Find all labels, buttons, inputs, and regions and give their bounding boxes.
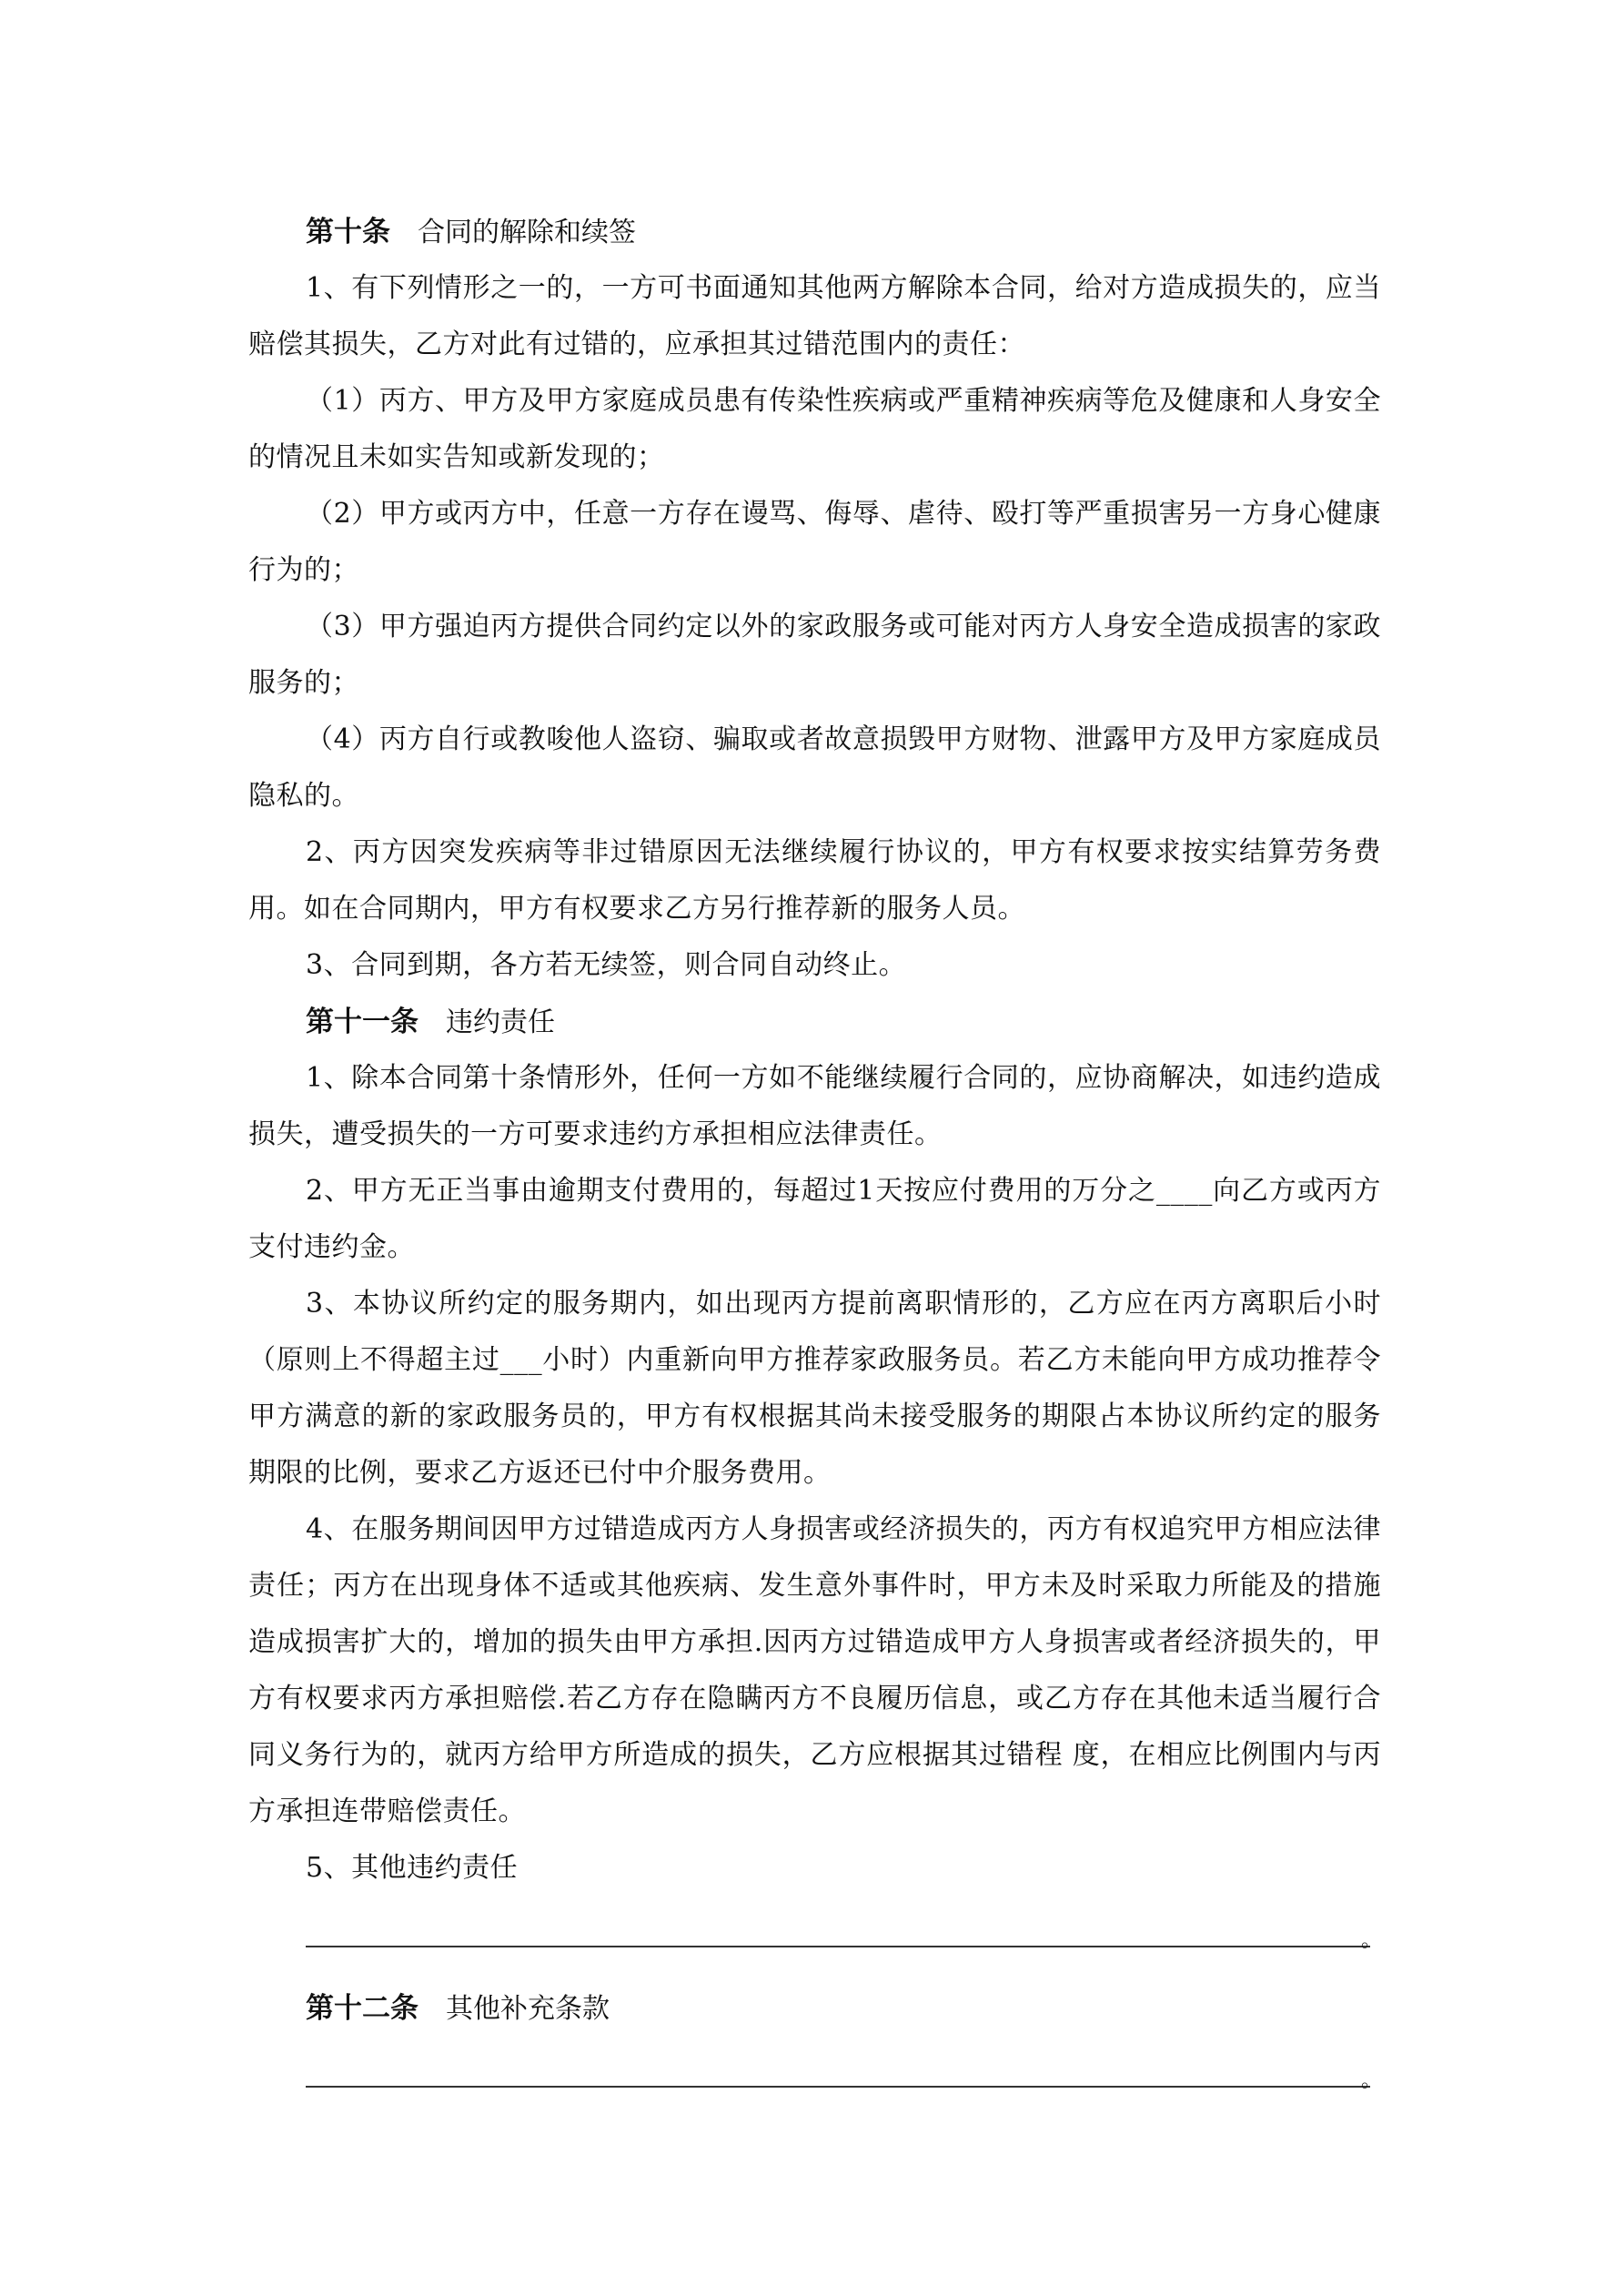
- article-number: 第十一条: [306, 1006, 419, 1038]
- clause-11-5: 5、其他违约责任: [248, 1840, 1381, 1896]
- clause-10-1: 1、有下列情形之一的，一方可书面通知其他两方解除本合同，给对方造成损失的，应当赔…: [248, 260, 1381, 373]
- clause-11-3: 3、本协议所约定的服务期内，如出现丙方提前离职情形的，乙方应在丙方离职后小时（原…: [248, 1276, 1381, 1502]
- article-11-heading: 第十一条违约责任: [248, 994, 1381, 1050]
- blank-underline: [306, 1946, 1370, 1947]
- clause-11-2: 2、甲方无正当事由逾期支付费用的，每超过1天按应付费用的万分之____向乙方或丙…: [248, 1163, 1381, 1276]
- fill-in-blank-supplementary-terms[interactable]: 。: [306, 2037, 1381, 2104]
- article-number: 第十条: [306, 216, 390, 248]
- article-10-heading: 第十条合同的解除和续签: [248, 204, 1381, 260]
- clause-10-1-2: （2）甲方或丙方中，任意一方存在谩骂、侮辱、虐待、殴打等严重损害另一方身心健康行…: [248, 486, 1381, 599]
- clause-10-1-3: （3）甲方强迫丙方提供合同约定以外的家政服务或可能对丙方人身安全造成损害的家政服…: [248, 599, 1381, 712]
- article-number: 第十二条: [306, 1992, 419, 2025]
- clause-10-2: 2、丙方因突发疾病等非过错原因无法继续履行协议的，甲方有权要求按实结算劳务费用。…: [248, 824, 1381, 937]
- article-title: 合同的解除和续签: [418, 217, 636, 248]
- clause-10-1-4: （4）丙方自行或教唆他人盗窃、骗取或者故意损毁甲方财物、泄露甲方及甲方家庭成员隐…: [248, 712, 1381, 824]
- clause-10-1-1: （1）丙方、甲方及甲方家庭成员患有传染性疾病或严重精神疾病等危及健康和人身安全的…: [248, 373, 1381, 486]
- clause-11-4: 4、在服务期间因甲方过错造成丙方人身损害或经济损失的，丙方有权追究甲方相应法律责…: [248, 1502, 1381, 1840]
- fill-in-blank-other-liability[interactable]: 。: [306, 1896, 1381, 1964]
- clause-11-1: 1、除本合同第十条情形外，任何一方如不能继续履行合同的，应协商解决，如违约造成损…: [248, 1050, 1381, 1163]
- document-body: 第十条合同的解除和续签 1、有下列情形之一的，一方可书面通知其他两方解除本合同，…: [248, 204, 1381, 2104]
- blank-period: 。: [1361, 1931, 1381, 1951]
- article-title: 其他补充条款: [446, 1993, 610, 2025]
- article-12-heading: 第十二条其他补充条款: [248, 1980, 1381, 2037]
- document-page: 第十条合同的解除和续签 1、有下列情形之一的，一方可书面通知其他两方解除本合同，…: [0, 0, 1624, 2296]
- clause-10-3: 3、合同到期，各方若无续签，则合同自动终止。: [248, 937, 1381, 994]
- article-title: 违约责任: [446, 1006, 555, 1038]
- blank-underline: [306, 2086, 1370, 2088]
- blank-period: 。: [1361, 2071, 1381, 2091]
